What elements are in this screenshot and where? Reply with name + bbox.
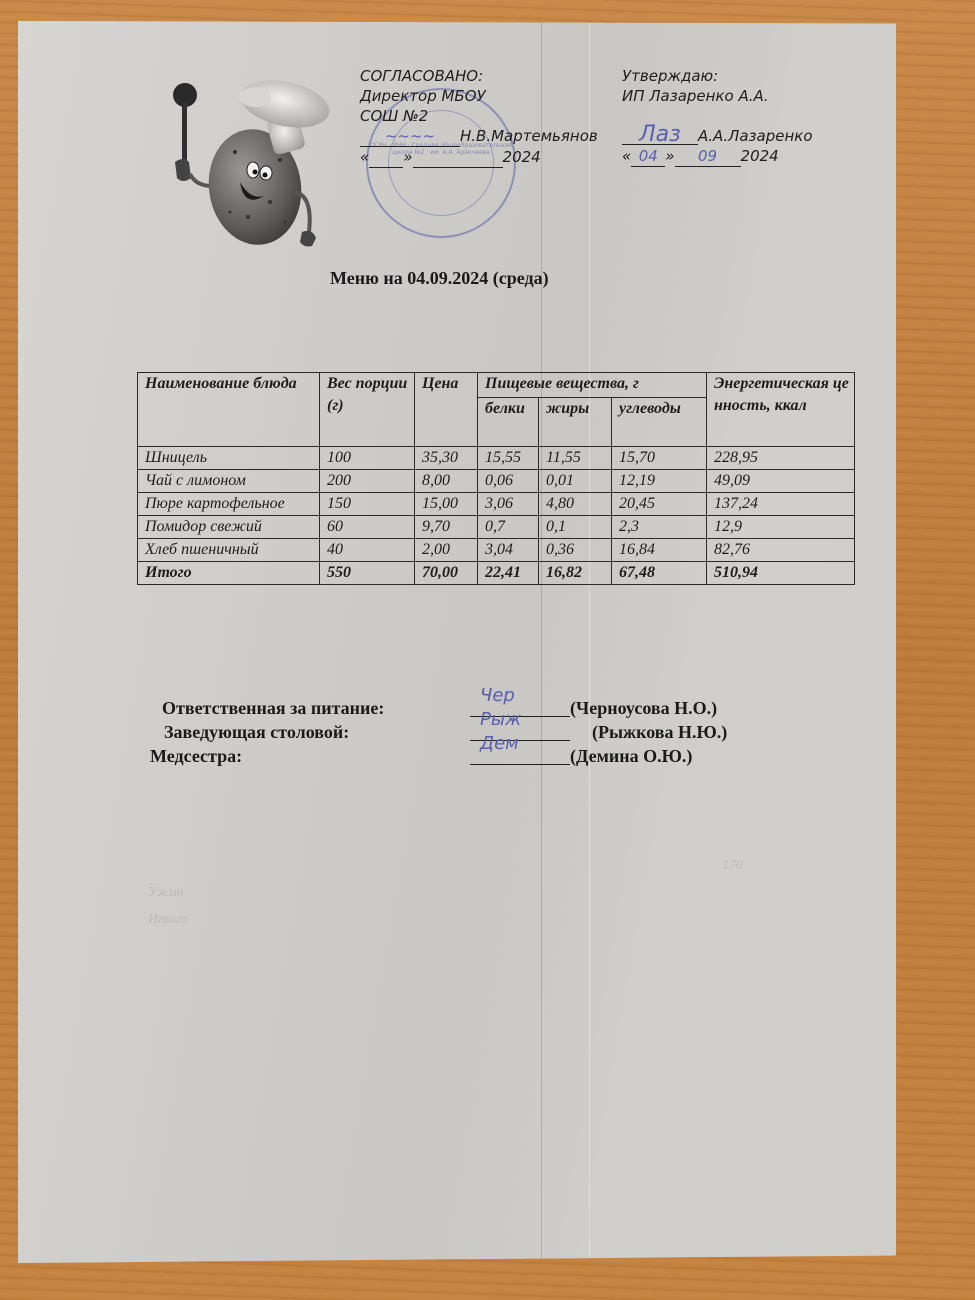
signer-role: Медсестра: bbox=[150, 744, 242, 768]
date-close-quote: » bbox=[665, 147, 674, 165]
header-dish-name: Наименование блюда bbox=[138, 373, 320, 447]
signer-role: Ответственная за питание: bbox=[162, 696, 384, 720]
header-protein: белки bbox=[478, 398, 539, 447]
table-row: Шницель10035,3015,5511,5515,70228,95 bbox=[138, 447, 855, 470]
cell-carbs: 16,84 bbox=[612, 539, 707, 562]
cell-protein: 3,06 bbox=[478, 493, 539, 516]
approval-heading: Утверждаю: bbox=[622, 66, 813, 86]
cell-carbs: 67,48 bbox=[612, 562, 707, 585]
date-day-blank bbox=[369, 147, 403, 168]
cell-dish-name: Хлеб пшеничный bbox=[138, 539, 320, 562]
cell-portion-weight: 100 bbox=[320, 447, 415, 470]
page-title: Меню на 04.09.2024 (среда) bbox=[330, 268, 549, 289]
header-nutrients: Пищевые вещества, г bbox=[478, 373, 707, 398]
signer-name: (Черноусова Н.О.) bbox=[570, 696, 717, 720]
cell-portion-weight: 150 bbox=[320, 493, 415, 516]
cell-price: 35,30 bbox=[415, 447, 478, 470]
date-open-quote: « bbox=[622, 147, 631, 165]
header-price: Цена bbox=[415, 373, 478, 447]
header-carbs: углеводы bbox=[612, 398, 707, 447]
table-row: Пюре картофельное15015,003,064,8020,4513… bbox=[138, 493, 855, 516]
handwritten-signature: Чер bbox=[480, 684, 515, 708]
cell-portion-weight: 200 bbox=[320, 470, 415, 493]
menu-table: Наименование блюда Вес порции(г) Цена Пи… bbox=[137, 372, 855, 585]
approval-agreed-block: СОГЛАСОВАНО: Директор МБОУ СОШ №2 ~~~~Н.… bbox=[360, 66, 598, 168]
approval-heading: СОГЛАСОВАНО: bbox=[360, 66, 598, 86]
cell-fat: 11,55 bbox=[539, 447, 612, 470]
cell-energy: 82,76 bbox=[707, 539, 855, 562]
signer-name: (Рыжкова Н.Ю.) bbox=[592, 720, 727, 744]
signature-line bbox=[470, 764, 570, 765]
header-fat: жиры bbox=[539, 398, 612, 447]
date-open-quote: « bbox=[360, 148, 369, 166]
bleed-through-text: Итого bbox=[148, 912, 188, 928]
cell-dish-name: Пюре картофельное bbox=[138, 493, 320, 516]
cell-protein: 3,04 bbox=[478, 539, 539, 562]
cell-dish-name: Итого bbox=[138, 562, 320, 585]
table-row: Помидор свежий609,700,70,12,312,9 bbox=[138, 516, 855, 539]
date-year: 2024 bbox=[503, 148, 541, 166]
cell-portion-weight: 60 bbox=[320, 516, 415, 539]
director-signature: ~~~~ bbox=[360, 126, 460, 147]
cell-protein: 15,55 bbox=[478, 447, 539, 470]
cell-price: 8,00 bbox=[415, 470, 478, 493]
approval-date-line: «04»092024 bbox=[622, 146, 813, 167]
table-row: Чай с лимоном2008,000,060,0112,1949,09 bbox=[138, 470, 855, 493]
header-energy: Энергетическая ценность, ккал bbox=[707, 373, 855, 447]
cell-fat: 16,82 bbox=[539, 562, 612, 585]
cell-energy: 510,94 bbox=[707, 562, 855, 585]
cell-price: 15,00 bbox=[415, 493, 478, 516]
approval-signature-line: ЛазА.А.Лазаренко bbox=[622, 126, 813, 146]
cell-carbs: 2,3 bbox=[612, 516, 707, 539]
header-portion-weight: Вес порции(г) bbox=[320, 373, 415, 447]
cell-carbs: 15,70 bbox=[612, 447, 707, 470]
cell-energy: 49,09 bbox=[707, 470, 855, 493]
cell-dish-name: Помидор свежий bbox=[138, 516, 320, 539]
cell-energy: 228,95 bbox=[707, 447, 855, 470]
cell-portion-weight: 550 bbox=[320, 562, 415, 585]
cell-carbs: 12,19 bbox=[612, 470, 707, 493]
handwritten-signature: Рыж bbox=[480, 708, 521, 732]
approval-org: СОШ №2 bbox=[360, 106, 598, 126]
paper-fold-highlight bbox=[589, 21, 590, 1263]
cell-dish-name: Шницель bbox=[138, 447, 320, 470]
cell-fat: 0,01 bbox=[539, 470, 612, 493]
date-day: 04 bbox=[631, 146, 665, 167]
approval-approved-block: Утверждаю: ИП Лазаренко А.А. ЛазА.А.Лаза… bbox=[622, 66, 813, 167]
table-row: Хлеб пшеничный402,003,040,3616,8482,76 bbox=[138, 539, 855, 562]
cell-portion-weight: 40 bbox=[320, 539, 415, 562]
cell-carbs: 20,45 bbox=[612, 493, 707, 516]
cell-protein: 22,41 bbox=[478, 562, 539, 585]
signer-name: (Демина О.Ю.) bbox=[570, 744, 692, 768]
potato-chef-mascot-icon bbox=[160, 62, 360, 262]
date-close-quote: » bbox=[403, 148, 412, 166]
approval-signatory: Н.В.Мартемьянов bbox=[460, 127, 598, 145]
table-header-row: Наименование блюда Вес порции(г) Цена Пи… bbox=[138, 373, 855, 398]
cell-protein: 0,7 bbox=[478, 516, 539, 539]
cell-fat: 0,1 bbox=[539, 516, 612, 539]
cell-protein: 0,06 bbox=[478, 470, 539, 493]
signer-role: Заведующая столовой: bbox=[164, 720, 349, 744]
paper-fold-line bbox=[541, 21, 542, 1263]
approval-position: Директор МБОУ bbox=[360, 86, 598, 106]
cell-price: 9,70 bbox=[415, 516, 478, 539]
bleed-through-text: Ужин bbox=[148, 885, 184, 901]
bleed-through-text: 170 bbox=[722, 858, 743, 874]
date-year: 2024 bbox=[741, 147, 779, 165]
cell-fat: 4,80 bbox=[539, 493, 612, 516]
handwritten-signature: Дем bbox=[480, 732, 519, 756]
approval-signature-line: ~~~~Н.В.Мартемьянов bbox=[360, 126, 598, 147]
date-month: 09 bbox=[675, 146, 741, 167]
approver-signature: Лаз bbox=[622, 126, 698, 145]
cell-energy: 137,24 bbox=[707, 493, 855, 516]
cell-energy: 12,9 bbox=[707, 516, 855, 539]
cell-dish-name: Чай с лимоном bbox=[138, 470, 320, 493]
approval-org: ИП Лазаренко А.А. bbox=[622, 86, 813, 106]
approval-date-line: « » 2024 bbox=[360, 147, 598, 168]
date-month-blank bbox=[413, 147, 503, 168]
cell-price: 70,00 bbox=[415, 562, 478, 585]
approval-signatory: А.А.Лазаренко bbox=[698, 127, 813, 145]
cell-fat: 0,36 bbox=[539, 539, 612, 562]
table-total-row: Итого55070,0022,4116,8267,48510,94 bbox=[138, 562, 855, 585]
cell-price: 2,00 bbox=[415, 539, 478, 562]
